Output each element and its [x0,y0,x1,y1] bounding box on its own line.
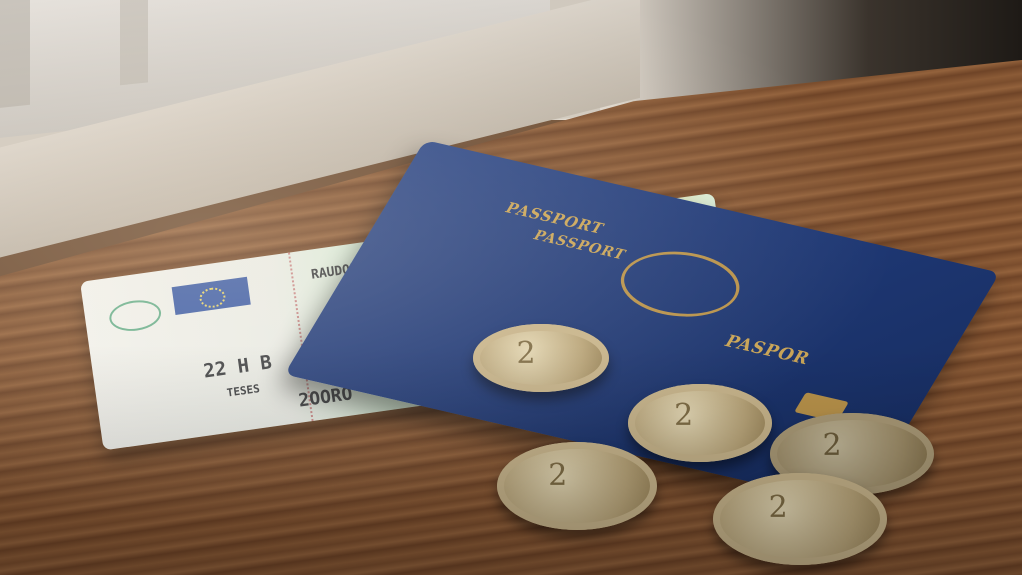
ticket-seal-icon [107,297,163,334]
passport-label: PASPOR [721,332,814,369]
eu-flag-icon [172,277,251,315]
photo-scene: RAUDOEDINRO OO 22 H B TESES 2OORO UO 2.1… [0,0,1022,575]
euro-coin: 2 [497,442,657,530]
euro-coin: 2 [713,473,887,565]
euro-coin: 2 [473,324,609,392]
ticket-seat: 22 H B [202,351,273,382]
euro-coin: 2 [628,384,772,462]
ticket-subline: TESES [226,382,261,399]
coat-of-arms-icon [606,241,755,327]
